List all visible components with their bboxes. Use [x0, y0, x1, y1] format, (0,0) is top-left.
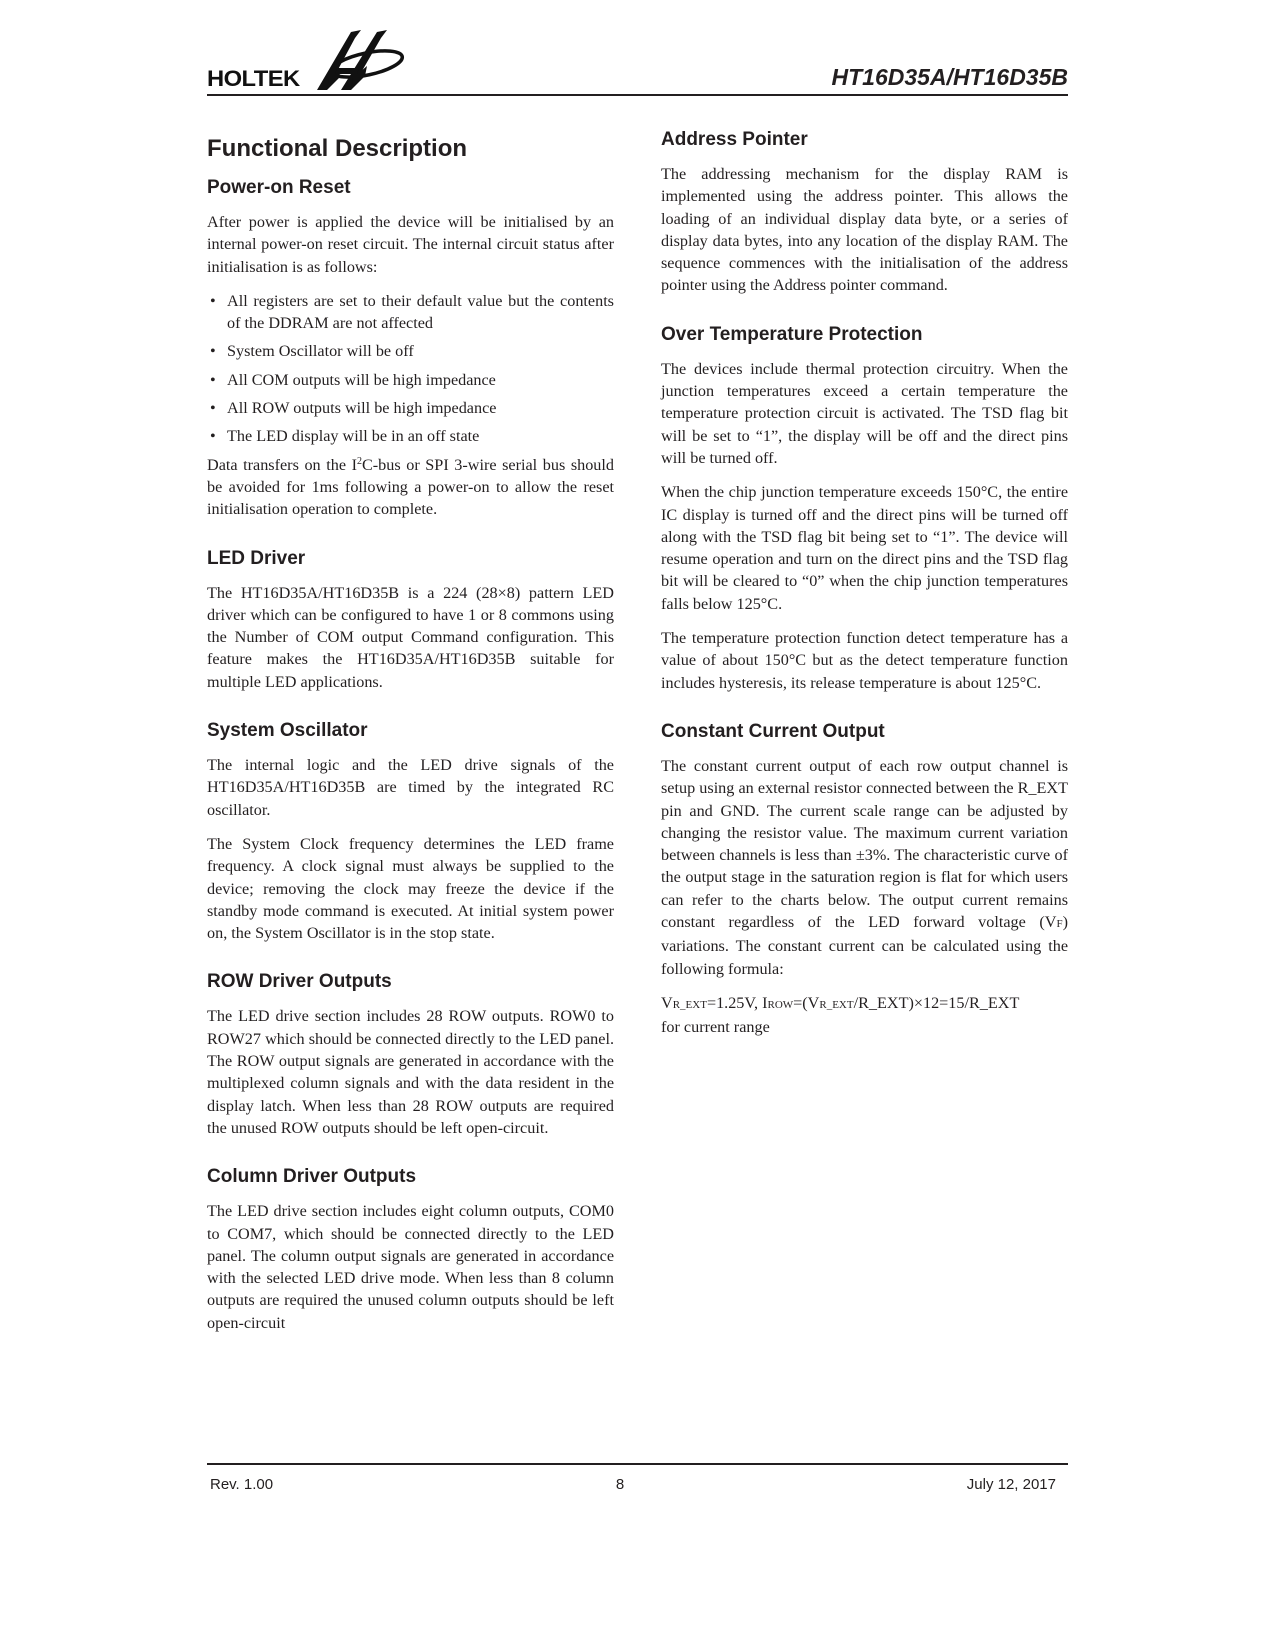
paragraph: The LED drive section includes eight col…	[207, 1200, 614, 1334]
text-run: V	[661, 994, 673, 1012]
bullet-icon: •	[210, 369, 216, 391]
text-run: for current range	[661, 1018, 770, 1036]
section-led-driver: LED Driver The HT16D35A/HT16D35B is a 22…	[207, 547, 614, 693]
paragraph: When the chip junction temperature excee…	[661, 481, 1068, 615]
list-item: •All ROW outputs will be high impedance	[207, 397, 614, 419]
footer-rule	[207, 1463, 1068, 1465]
logo-text: HOLTEK	[207, 66, 300, 92]
formula: VR_EXT=1.25V, IROW=(VR_EXT/R_EXT)×12=15/…	[661, 992, 1068, 1039]
paragraph: The temperature protection function dete…	[661, 627, 1068, 694]
text-run: =1.25V, I	[707, 994, 768, 1012]
section-heading: Address Pointer	[661, 128, 1068, 152]
section-over-temperature-protection: Over Temperature Protection The devices …	[661, 323, 1068, 694]
paragraph: The System Clock frequency determines th…	[207, 833, 614, 944]
paragraph: The constant current output of each row …	[661, 755, 1068, 980]
bullet-icon: •	[210, 290, 216, 312]
list-item: •The LED display will be in an off state	[207, 425, 614, 447]
section-system-oscillator: System Oscillator The internal logic and…	[207, 719, 614, 944]
text-run: /R_EXT)×12=15/R_EXT	[854, 994, 1020, 1012]
section-heading: Constant Current Output	[661, 720, 1068, 744]
holtek-logo-mark-icon	[311, 28, 407, 94]
bullet-list: •All registers are set to their default …	[207, 290, 614, 448]
left-column: Functional Description Power-on Reset Af…	[207, 128, 614, 1346]
list-item-text: The LED display will be in an off state	[227, 427, 479, 445]
subscript: ROW	[767, 999, 793, 1011]
page-header: HOLTEK HT16D35A/HT16D35B	[207, 28, 1068, 96]
section-power-on-reset: Power-on Reset After power is applied th…	[207, 176, 614, 521]
page-title: Functional Description	[207, 134, 614, 164]
list-item-text: All ROW outputs will be high impedance	[227, 399, 496, 417]
document-part-number: HT16D35A/HT16D35B	[832, 64, 1068, 91]
list-item-text: All registers are set to their default v…	[227, 292, 614, 332]
paragraph: The LED drive section includes 28 ROW ou…	[207, 1005, 614, 1139]
subscript: R_EXT	[673, 999, 707, 1011]
paragraph: The HT16D35A/HT16D35B is a 224 (28×8) pa…	[207, 582, 614, 693]
list-item-text: System Oscillator will be off	[227, 342, 414, 360]
subscript: R_EXT	[819, 999, 853, 1011]
paragraph: The devices include thermal protection c…	[661, 358, 1068, 469]
section-heading: System Oscillator	[207, 719, 614, 743]
page-number: 8	[207, 1476, 1033, 1493]
paragraph: After power is applied the device will b…	[207, 211, 614, 278]
section-heading: LED Driver	[207, 547, 614, 571]
list-item: •All COM outputs will be high impedance	[207, 369, 614, 391]
header-rule	[207, 94, 1068, 96]
list-item: •System Oscillator will be off	[207, 340, 614, 362]
bullet-icon: •	[210, 425, 216, 447]
right-column: Address Pointer The addressing mechanism…	[661, 128, 1068, 1051]
paragraph: Data transfers on the I2C-bus or SPI 3-w…	[207, 454, 614, 521]
section-constant-current-output: Constant Current Output The constant cur…	[661, 720, 1068, 1039]
datasheet-page: HOLTEK HT16D35A/HT16D35B Functional Desc…	[0, 0, 1275, 1650]
section-column-driver-outputs: Column Driver Outputs The LED drive sect…	[207, 1165, 614, 1334]
section-address-pointer: Address Pointer The addressing mechanism…	[661, 128, 1068, 297]
paragraph: The internal logic and the LED drive sig…	[207, 754, 614, 821]
section-row-driver-outputs: ROW Driver Outputs The LED drive section…	[207, 970, 614, 1139]
text-run: Data transfers on the I	[207, 456, 357, 474]
section-heading: Over Temperature Protection	[661, 323, 1068, 347]
bullet-icon: •	[210, 397, 216, 419]
bullet-icon: •	[210, 340, 216, 362]
list-item-text: All COM outputs will be high impedance	[227, 371, 496, 389]
list-item: •All registers are set to their default …	[207, 290, 614, 335]
section-heading: Column Driver Outputs	[207, 1165, 614, 1189]
text-run: The constant current output of each row …	[661, 757, 1068, 931]
section-heading: Power-on Reset	[207, 176, 614, 200]
paragraph: The addressing mechanism for the display…	[661, 163, 1068, 297]
page-footer: Rev. 1.00 8 July 12, 2017	[207, 1476, 1068, 1496]
section-heading: ROW Driver Outputs	[207, 970, 614, 994]
publication-date: July 12, 2017	[967, 1476, 1056, 1493]
holtek-logo: HOLTEK	[207, 28, 407, 94]
text-run: =(V	[793, 994, 819, 1012]
